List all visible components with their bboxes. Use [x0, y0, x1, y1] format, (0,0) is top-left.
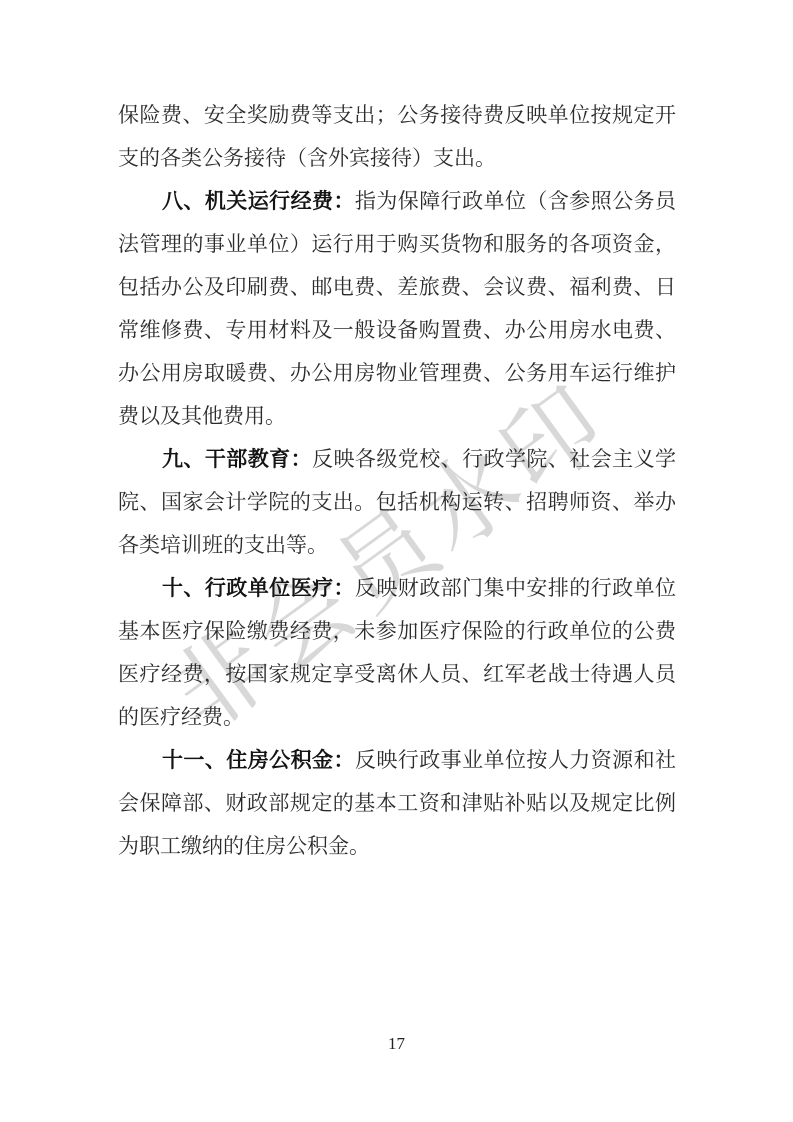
term-heading: 十、行政单位医疗： [162, 577, 355, 600]
document-body: 保险费、安全奖励费等支出；公务接待费反映单位按规定开支的各类公务接待（含外宾接待… [118, 94, 676, 868]
term-definition: 保险费、安全奖励费等支出；公务接待费反映单位按规定开支的各类公务接待（含外宾接待… [118, 103, 676, 170]
page-number: 17 [0, 1034, 793, 1054]
term-heading: 八、机关运行经费： [162, 190, 355, 213]
term-definition: 指为保障行政单位（含参照公务员法管理的事业单位）运行用于购买货物和服务的各项资金… [118, 189, 676, 428]
paragraph-continuation: 保险费、安全奖励费等支出；公务接待费反映单位按规定开支的各类公务接待（含外宾接待… [118, 94, 676, 180]
paragraph: 十一、住房公积金：反映行政事业单位按人力资源和社会保障部、财政部规定的基本工资和… [118, 739, 676, 868]
paragraph: 八、机关运行经费：指为保障行政单位（含参照公务员法管理的事业单位）运行用于购买货… [118, 180, 676, 438]
paragraph: 十、行政单位医疗：反映财政部门集中安排的行政单位基本医疗保险缴费经费，未参加医疗… [118, 567, 676, 739]
term-heading: 九、干部教育： [162, 448, 312, 471]
paragraph: 九、干部教育：反映各级党校、行政学院、社会主义学院、国家会计学院的支出。包括机构… [118, 438, 676, 567]
term-heading: 十一、住房公积金： [162, 749, 355, 772]
document-page: 非会员水印 保险费、安全奖励费等支出；公务接待费反映单位按规定开支的各类公务接待… [0, 0, 793, 1122]
